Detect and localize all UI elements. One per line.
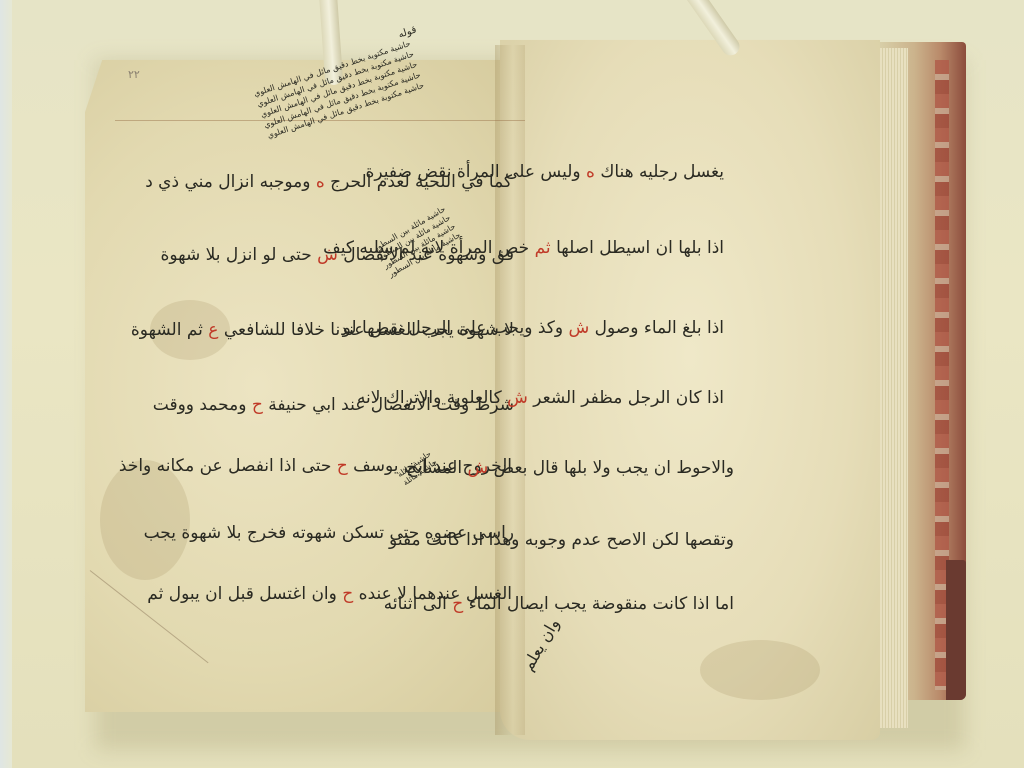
right-line-7: اما اذا كانت منقوضة يجب ايصال الماء ح ال… [384,594,734,614]
right-line-5: والاحوط ان يجب ولا بلها قال بعض ش المشاي… [406,458,734,478]
right-line-4: اذا كان الرجل مظفر الشعر ش كالعلوية والا… [357,388,724,408]
page-stain [700,640,820,700]
right-line-1: يغسل رجليه هناك ه وليس على المرأة نقض ضف… [365,162,724,182]
page-stain [100,460,190,580]
right-line-3: اذا بلغ الماء وصول ش وكذ ويجب على الرجل … [343,318,724,338]
leather-cover-corner [946,560,966,700]
mat-left-strip [0,0,12,768]
folio-number: ٢٢ [128,68,140,81]
right-line-2: اذا بلها ان اسيطل اصلها ثم خص المرأة لان… [323,238,724,258]
right-line-6: وتقصها لكن الاصح عدم وجوبه وهذا اذا كانت… [389,530,734,550]
